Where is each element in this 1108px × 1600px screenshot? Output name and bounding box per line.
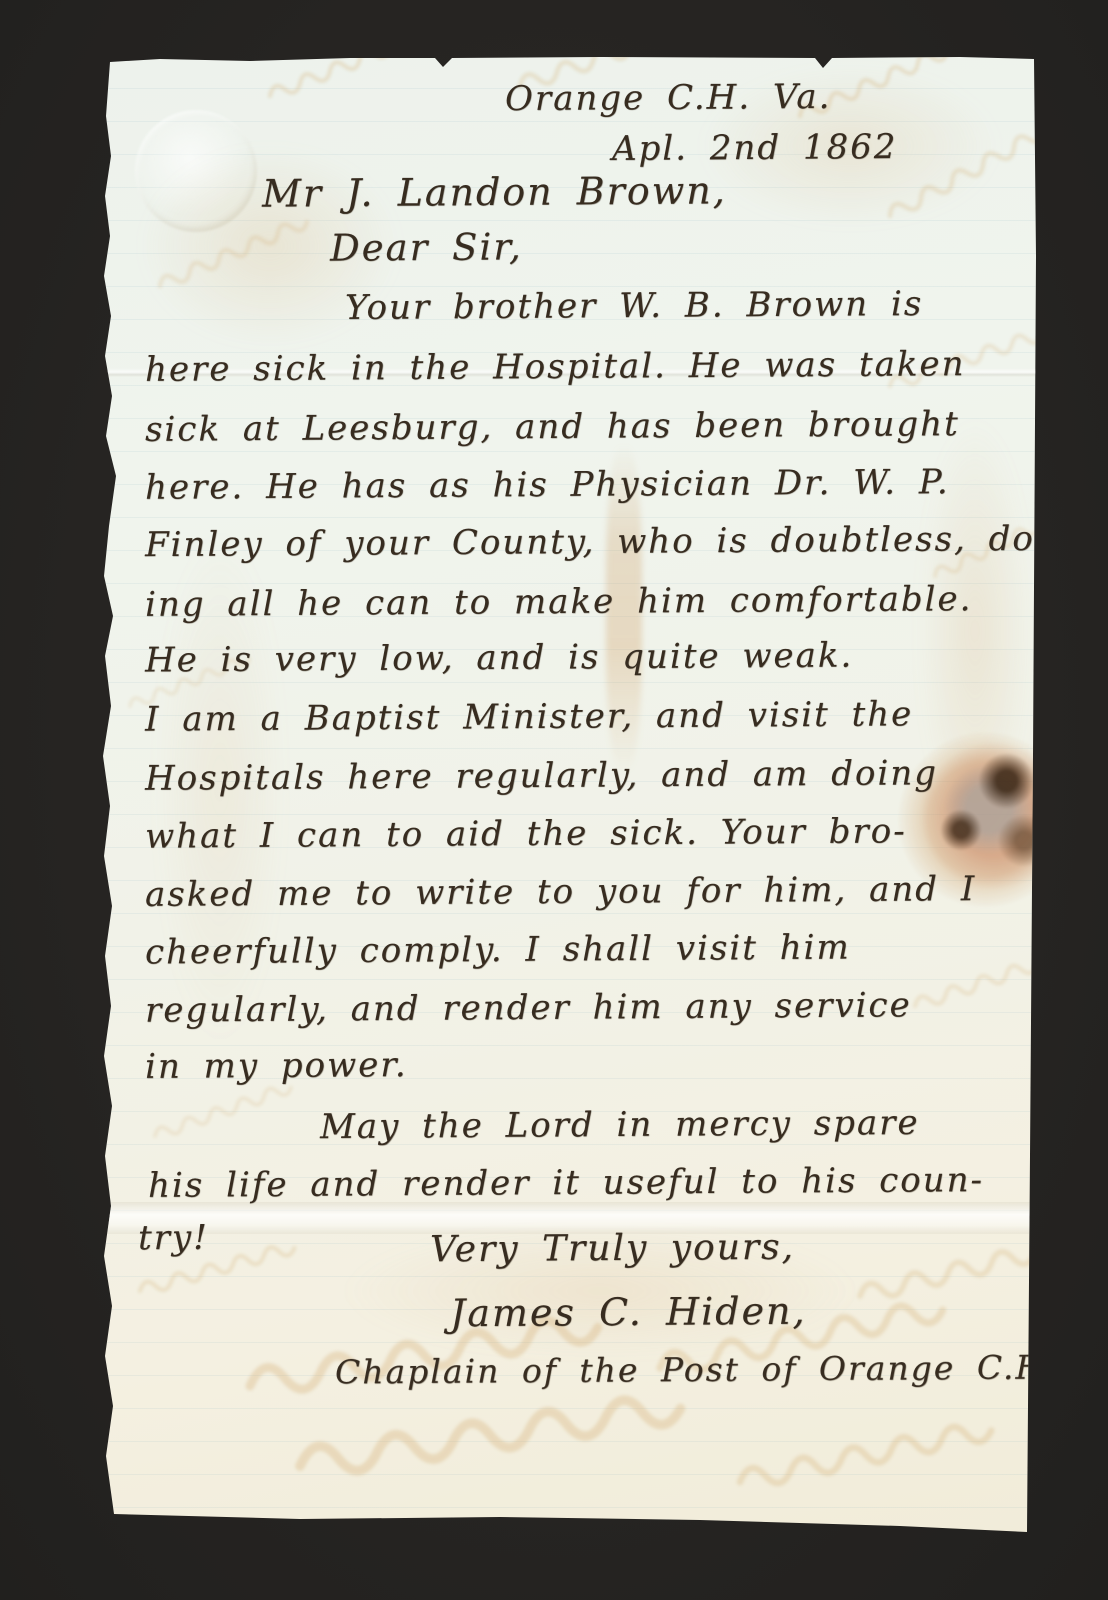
letter-body-line: here. He has as his Physician Dr. W. P. <box>145 462 950 508</box>
letter-body-line: He is very low, and is quite weak. <box>145 636 854 681</box>
letter-body-line: regularly, and render him any service <box>145 985 912 1030</box>
letter-line-recipient: Mr J. Landon Brown, <box>262 168 727 215</box>
letter-body-line: sick at Leesburg, and has been brought <box>145 404 960 450</box>
letter-line-signature: James C. Hiden, <box>450 1289 807 1335</box>
letter-body-line: what I can to aid the sick. Your bro- <box>145 811 907 856</box>
letter-body-line: here sick in the Hospital. He was taken <box>145 344 966 390</box>
letter-body-line: May the Lord in mercy spare <box>320 1103 920 1147</box>
letter-body-line: I am a Baptist Minister, and visit the <box>145 694 913 739</box>
letter-body-line: Your brother W. B. Brown is <box>345 284 923 328</box>
letter-body-line: in my power. <box>145 1045 408 1087</box>
letter-body-line: Hospitals here regularly, and am doing <box>145 753 938 799</box>
photograph-of-letter: Orange C.H. Va. Apl. 2nd 1862 Mr J. Land… <box>0 0 1108 1600</box>
letter-body-line: Finley of your County, who is doubtless,… <box>145 519 1049 565</box>
letter-body-line: his life and render it useful to his cou… <box>148 1160 984 1206</box>
letter-page: Orange C.H. Va. Apl. 2nd 1862 Mr J. Land… <box>100 56 1038 1540</box>
letter-body-line: asked me to write to you for him, and I <box>145 869 976 915</box>
letter-body-line: cheerfully comply. I shall visit him <box>145 928 851 973</box>
letter-line-date: Apl. 2nd 1862 <box>612 127 898 169</box>
letter-line-signature-title: Chaplain of the Post of Orange C.H. <box>335 1347 1059 1391</box>
letter-line-place: Orange C.H. Va. <box>505 77 832 119</box>
letter-body-line: ing all he can to make him comfortable. <box>145 579 973 625</box>
letter-line-salutation: Dear Sir, <box>330 225 523 269</box>
letter-line-closing: Very Truly yours, <box>430 1227 795 1271</box>
letter-body-line: try! <box>138 1218 209 1258</box>
